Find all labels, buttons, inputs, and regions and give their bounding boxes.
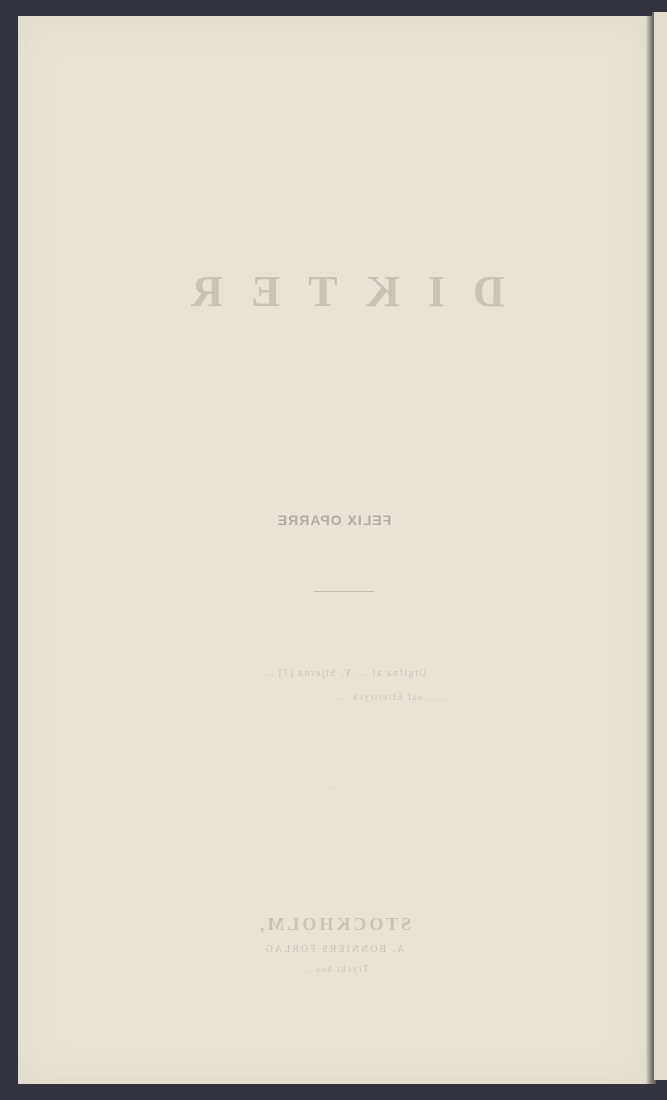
- divider-rule: [314, 591, 374, 592]
- bleed-city: STOCKHOLM,: [18, 914, 660, 935]
- bleed-title: DIKTER: [18, 266, 667, 317]
- book-page: DIKTER FELIX OPARRE Utgifna af ... Y. St…: [18, 16, 650, 1084]
- bleed-author: FELIX OPARRE: [18, 512, 650, 528]
- bleed-publisher: A. BONNIERS FÖRLAG: [18, 944, 650, 955]
- adjacent-page-edge: [652, 12, 667, 1080]
- bleed-subtitle-line-2: ... ... aaf Eftertryck ...: [18, 692, 667, 702]
- bleed-epigraph: ...: [18, 781, 650, 792]
- bleed-printer: Tryckt hos ...: [18, 964, 650, 974]
- bleed-subtitle-line-1: Utgifna af ... Y. Stjerna [?] ...: [18, 668, 660, 679]
